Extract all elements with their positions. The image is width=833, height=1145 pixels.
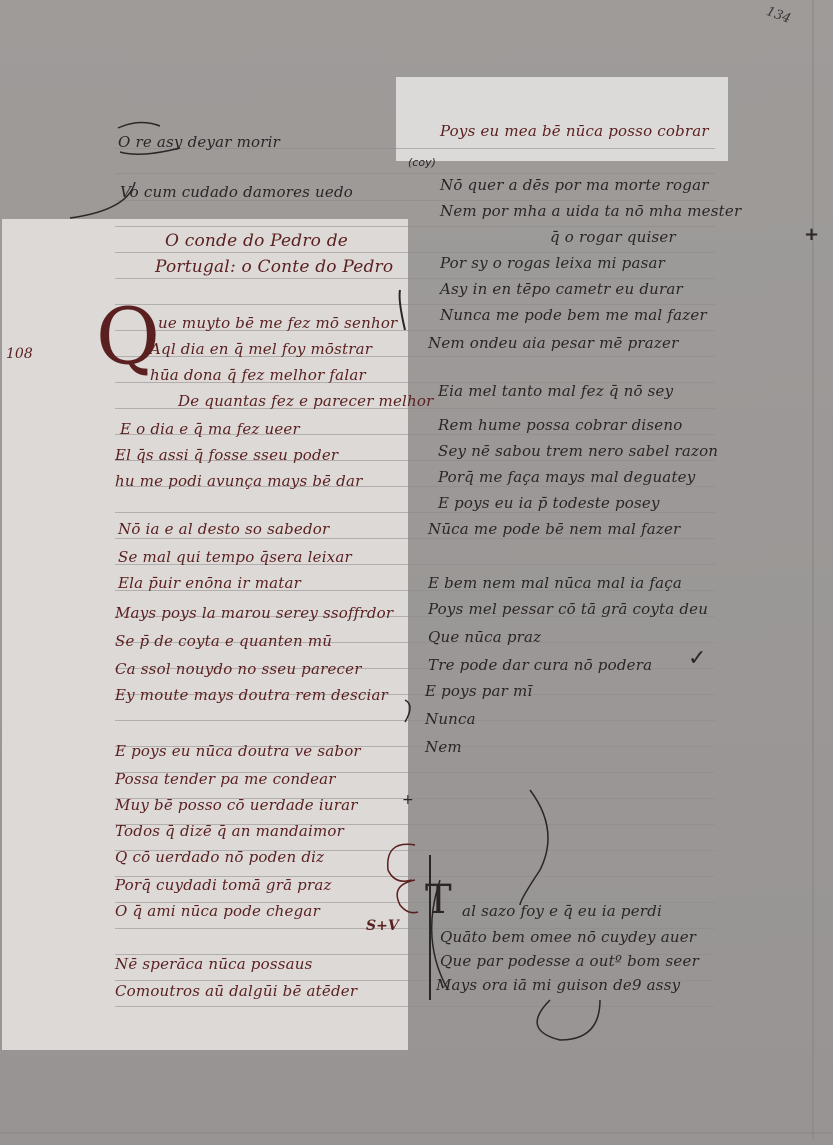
left-s1-line-3: hūa dona q̄ fez melhor falar — [150, 366, 366, 384]
left-s2-line-3: Ela p̄uir enōna ir matar — [118, 574, 301, 592]
right-s1-line-1: Nō quer a dēs por ma morte rogar — [440, 176, 709, 194]
right-highlight-line: Poys eu mea bē nūca posso cobrar — [440, 122, 709, 140]
drop-cap-T: T — [425, 880, 452, 920]
heading-line-2: Portugal: o Conte do Pedro — [155, 258, 393, 276]
left-s3-line-2: Possa tender pa me condear — [115, 770, 336, 788]
left-s3-line-6: Porq̄ cuydadi tomā grā praz — [115, 876, 332, 894]
left-s3-line-3: Muy bē posso cō uerdade iurar — [115, 796, 358, 814]
left-s3-line-7: O q̄ ami nūca pode chegar — [115, 902, 320, 920]
left-s4-line-1: Nē sperāca nūca possaus — [115, 955, 313, 973]
right-s4-line-2: Quāto bem omee nō cuydey auer — [440, 928, 696, 946]
margin-note-coy: (coy) — [408, 156, 436, 169]
right-s4-line-1: al sazo foy e q̄ eu ia perdi — [462, 902, 662, 920]
right-s1-line-6: Nunca me pode bem me mal fazer — [440, 306, 707, 324]
decorative-flourishes — [0, 0, 833, 1145]
drop-cap-Q: Q — [96, 298, 160, 376]
pre-line-1: O re asy deyar morir — [118, 133, 280, 151]
right-s3-line-2: Poys mel pessar cō tā grā coyta deu — [428, 600, 708, 618]
right-s1-line-2: Nem por mha a uida ta nō mha mester — [440, 202, 741, 220]
right-s3-line-3: Que nūca praz — [428, 628, 541, 646]
right-s4-line-3: Que par podesse a outº bom seer — [440, 952, 699, 970]
left-s1-line-4: De quantas fez e parecer melhor — [178, 392, 434, 410]
checkmark-icon: ✓ — [688, 646, 706, 671]
right-s2-line-5: E poys eu ia p̄ todeste posey — [438, 494, 660, 512]
left-s1-line-6: El q̄s assi q̄ fosse sseu poder — [115, 446, 338, 464]
left-s2-line-7: Ey moute mays doutra rem desciar — [115, 686, 388, 704]
right-s3-line-7: Nem — [425, 738, 462, 756]
left-s1-line-7: hu me podi avunça mays bē dar — [115, 472, 362, 490]
right-s2-line-2: Rem hume possa cobrar diseno — [438, 416, 682, 434]
left-s2-line-2: Se mal qui tempo q̄sera leixar — [118, 548, 352, 566]
cross-mark-left-icon: + — [402, 792, 414, 808]
margin-note-108: 108 — [6, 346, 33, 362]
margin-note-siv: S+V — [366, 918, 399, 934]
left-s2-line-6: Ca ssol nouydo no sseu parecer — [115, 660, 362, 678]
right-s3-line-5: E poys par mī — [425, 682, 532, 700]
left-s3-line-5: Q cō uerdado nō poden diz — [115, 848, 324, 866]
right-s2-line-6: Nūca me pode bē nem mal fazer — [428, 520, 680, 538]
right-s4-line-4: Mays ora iā mi guison de9 assy — [436, 976, 680, 994]
heading-line-1: O conde do Pedro de — [165, 232, 348, 250]
left-s1-line-5: E o dia e q̄ ma fez ueer — [120, 420, 300, 438]
left-s2-line-1: Nō ia e al desto so sabedor — [118, 520, 329, 538]
left-s3-line-1: E poys eu nūca doutra ve sabor — [115, 742, 361, 760]
left-s1-line-2: Aql dia en q̄ mel foy mōstrar — [150, 340, 372, 358]
left-s3-line-4: Todos q̄ dizē q̄ an mandaimor — [115, 822, 344, 840]
left-s2-line-5: Se p̄ de coyta e quanten mū — [115, 632, 332, 650]
right-s2-line-4: Porq̄ me faça mays mal deguatey — [438, 468, 695, 486]
right-s2-line-3: Sey nē sabou trem nero sabel razon — [438, 442, 718, 460]
right-s1-line-5: Asy in en tēpo cametr eu durar — [440, 280, 683, 298]
cross-mark-icon: + — [804, 224, 819, 245]
right-s2-line-1: Eia mel tanto mal fez q̄ nō sey — [438, 382, 673, 400]
right-s1-line-3: q̄ o rogar quiser — [550, 228, 676, 246]
right-s3-line-4: Tre pode dar cura nō podera — [428, 656, 652, 674]
right-s1-line-7: Nem ondeu aia pesar mē prazer — [428, 334, 678, 352]
pre-line-2: Vo cum cudado damores uedo — [120, 183, 353, 201]
right-s3-line-1: E bem nem mal nūca mal ia faça — [428, 574, 682, 592]
left-s1-line-1: ue muyto bē me fez mō senhor — [158, 314, 397, 332]
right-s3-line-6: Nunca — [425, 710, 476, 728]
left-s2-line-4: Mays poys la marou serey ssoffrdor — [115, 604, 393, 622]
left-s4-line-2: Comoutros aū dalgūi bē atēder — [115, 982, 357, 1000]
right-s1-line-4: Por sy o rogas leixa mi pasar — [440, 254, 665, 272]
